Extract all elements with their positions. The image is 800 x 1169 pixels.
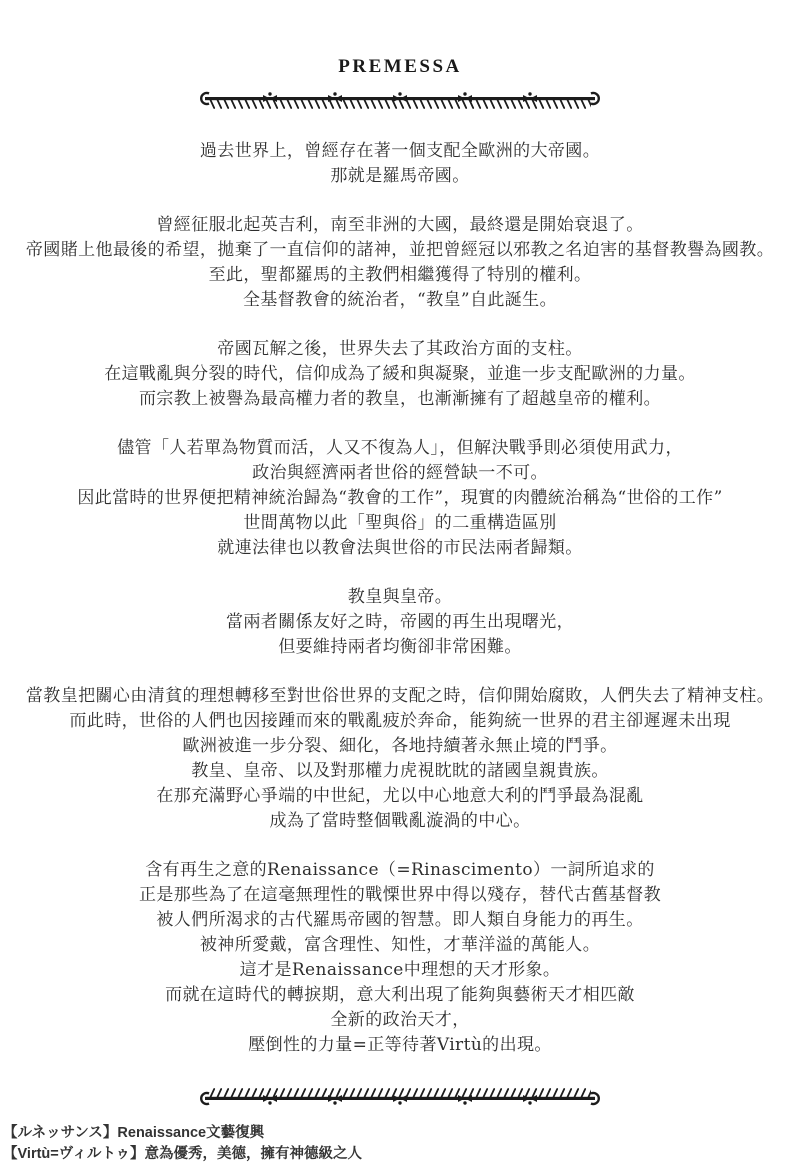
text-line: 當兩者關係友好之時，帝國的再生出現曙光， — [0, 610, 800, 635]
text-line: 歐洲被進一步分裂、細化，各地持續著永無止境的鬥爭。 — [0, 734, 800, 759]
text-line: 教皇與皇帝。 — [0, 585, 800, 610]
text-line: 成為了當時整個戰亂漩渦的中心。 — [0, 809, 800, 834]
paragraph: 當教皇把關心由清貧的理想轉移至對世俗世界的支配之時，信仰開始腐敗，人們失去了精神… — [0, 684, 800, 834]
text-line: 而此時，世俗的人們也因接踵而來的戰亂疲於奔命，能夠統一世界的君主卻遲遲未出現 — [0, 709, 800, 734]
text-line: 至此，聖都羅馬的主教們相繼獲得了特別的權利。 — [0, 263, 800, 288]
text-line: 那就是羅馬帝國。 — [0, 164, 800, 189]
text-line: 就連法律也以教會法與世俗的市民法兩者歸類。 — [0, 536, 800, 561]
paragraph: 曾經征服北起英吉利，南至非洲的大國，最終還是開始衰退了。帝國賭上他最後的希望，拋… — [0, 213, 800, 313]
paragraph: 教皇與皇帝。當兩者關係友好之時，帝國的再生出現曙光，但要維持兩者均衡卻非常困難。 — [0, 585, 800, 660]
text-line: 而宗教上被譽為最高權力者的教皇，也漸漸擁有了超越皇帝的權利。 — [0, 387, 800, 412]
footnotes: 【ルネッサンス】Renaissance文藝復興【Virtù=ヴィルトゥ】意為優秀… — [3, 1123, 362, 1165]
text-line: 這才是Renaissance中理想的天才形象。 — [0, 958, 800, 983]
text-line: 因此當時的世界便把精神統治歸為“教會的工作”，現實的肉體統治稱為“世俗的工作” — [0, 486, 800, 511]
text-line: 政治與經濟兩者世俗的經營缺一不可。 — [0, 461, 800, 486]
text-line: 教皇、皇帝、以及對那權力虎視眈眈的諸國皇親貴族。 — [0, 759, 800, 784]
text-line: 過去世界上，曾經存在著一個支配全歐洲的大帝國。 — [0, 139, 800, 164]
footnote-line: 【ルネッサンス】Renaissance文藝復興 — [3, 1123, 362, 1144]
paragraph: 帝國瓦解之後，世界失去了其政治方面的支柱。在這戰亂與分裂的時代，信仰成為了緩和與… — [0, 337, 800, 412]
body-text: 過去世界上，曾經存在著一個支配全歐洲的大帝國。那就是羅馬帝國。曾經征服北起英吉利… — [0, 139, 800, 1058]
paragraph: 過去世界上，曾經存在著一個支配全歐洲的大帝國。那就是羅馬帝國。 — [0, 139, 800, 189]
text-line: 全新的政治天才， — [0, 1008, 800, 1033]
document-page: PREMESSA 過去世界上，曾經存在著一個支配全歐洲的大帝國。那就是羅馬帝國。… — [0, 0, 800, 1169]
ornamental-divider-bottom — [0, 1082, 800, 1106]
page-title: PREMESSA — [0, 56, 800, 78]
text-line: 曾經征服北起英吉利，南至非洲的大國，最終還是開始衰退了。 — [0, 213, 800, 238]
text-line: 帝國瓦解之後，世界失去了其政治方面的支柱。 — [0, 337, 800, 362]
text-line: 世間萬物以此「聖與俗」的二重構造區別 — [0, 511, 800, 536]
text-line: 被人們所渴求的古代羅馬帝國的智慧。即人類自身能力的再生。 — [0, 908, 800, 933]
text-line: 在那充滿野心爭端的中世紀，尤以中心地意大利的鬥爭最為混亂 — [0, 784, 800, 809]
text-line: 含有再生之意的Renaissance（=Rinascimento）一詞所追求的 — [0, 858, 800, 883]
text-line: 被神所愛戴，富含理性、知性，才華洋溢的萬能人。 — [0, 933, 800, 958]
paragraph: 儘管「人若單為物質而活，人又不復為人」，但解決戰爭則必須使用武力，政治與經濟兩者… — [0, 436, 800, 561]
text-line: 在這戰亂與分裂的時代，信仰成為了緩和與凝聚，並進一步支配歐洲的力量。 — [0, 362, 800, 387]
text-line: 而就在這時代的轉捩期，意大利出現了能夠與藝術天才相匹敵 — [0, 983, 800, 1008]
text-line: 壓倒性的力量=正等待著Virtù的出現。 — [0, 1033, 800, 1058]
text-line: 帝國賭上他最後的希望，拋棄了一直信仰的諸神，並把曾經冠以邪教之名迫害的基督教譽為… — [0, 238, 800, 263]
paragraph: 含有再生之意的Renaissance（=Rinascimento）一詞所追求的正… — [0, 858, 800, 1058]
text-line: 儘管「人若單為物質而活，人又不復為人」，但解決戰爭則必須使用武力， — [0, 436, 800, 461]
ornamental-divider-graphic — [195, 91, 605, 115]
footnote-line: 【Virtù=ヴィルトゥ】意為優秀，美德，擁有神德級之人 — [3, 1144, 362, 1165]
ornamental-divider-top — [0, 91, 800, 115]
text-line: 但要維持兩者均衡卻非常困難。 — [0, 635, 800, 660]
ornamental-divider-graphic — [195, 1082, 605, 1106]
text-line: 正是那些為了在這毫無理性的戰慄世界中得以殘存，替代古舊基督教 — [0, 883, 800, 908]
text-line: 全基督教會的統治者，“教皇”自此誕生。 — [0, 288, 800, 313]
text-line: 當教皇把關心由清貧的理想轉移至對世俗世界的支配之時，信仰開始腐敗，人們失去了精神… — [0, 684, 800, 709]
